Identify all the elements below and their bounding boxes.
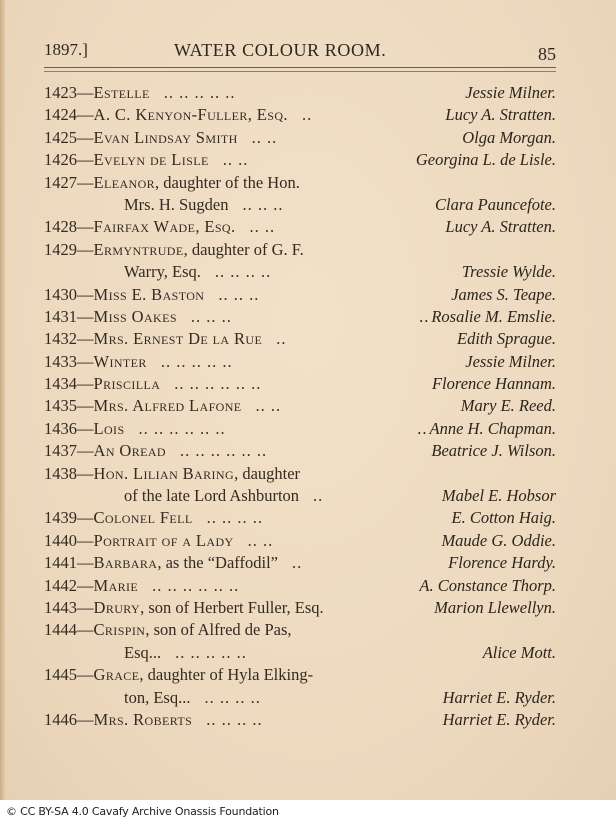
entry-title: Eleanor (94, 173, 156, 192)
dot-leader: .. (292, 553, 302, 572)
entry-number: 1432 (44, 328, 77, 350)
entry-number: 1440 (44, 530, 77, 552)
artist-text: Lucy A. Stratten. (445, 105, 556, 124)
entry-continuation: Warry, Esq. (124, 262, 201, 281)
catalogue-entry: 1427—Eleanor, daughter of the Hon.Mrs. H… (44, 172, 556, 217)
catalogue-entry: 1438—Hon. Lilian Baring, daughterof the … (44, 463, 556, 508)
artist-name: Clara Pauncefote. (435, 194, 556, 216)
artist-name: ..Anne H. Chapman. (417, 418, 556, 440)
artist-text: Florence Hardy. (448, 553, 556, 572)
entry-continuation-line: Esq..... .. .. .. ..Alice Mott. (44, 642, 556, 664)
entry-number: 1438 (44, 463, 77, 485)
artist-name: Olga Morgan. (462, 127, 556, 149)
em-dash: — (77, 352, 94, 371)
catalogue-entry: 1436—Lois.. .. .. .. .. ....Anne H. Chap… (44, 418, 556, 440)
entry-number: 1426 (44, 149, 77, 171)
entry-line: 1429—Ermyntrude, daughter of G. F. (44, 239, 556, 261)
entry-number: 1439 (44, 507, 77, 529)
entry-number: 1435 (44, 395, 77, 417)
catalogue-entry: 1435—Mrs. Alfred Lafone.. ..Mary E. Reed… (44, 395, 556, 417)
entry-description: , as the “Daffodil” (157, 553, 278, 572)
entry-line: 1434—Priscilla.. .. .. .. .. ..Florence … (44, 373, 556, 395)
entry-line: 1435—Mrs. Alfred Lafone.. ..Mary E. Reed… (44, 395, 556, 417)
artist-name: Lucy A. Stratten. (445, 216, 556, 238)
artist-name: E. Cotton Haig. (451, 507, 556, 529)
artist-name: Maude G. Oddie. (441, 530, 556, 552)
artist-name: Tressie Wylde. (462, 261, 556, 283)
artist-lead-dots: .. (417, 419, 427, 438)
catalogue-entry: 1446—Mrs. Roberts.. .. .. ..Harriet E. R… (44, 709, 556, 731)
entry-title: Marie (94, 576, 139, 595)
entry-number: 1446 (44, 709, 77, 731)
entry-number: 1444 (44, 619, 77, 641)
artist-name: Florence Hannam. (432, 373, 556, 395)
dot-leader: .. .. .. .. (206, 710, 262, 729)
dot-leader: .. .. (252, 128, 278, 147)
entry-title: Ermyntrude (94, 240, 184, 259)
entry-line: 1438—Hon. Lilian Baring, daughter (44, 463, 556, 485)
entry-number: 1445 (44, 664, 77, 686)
entry-title: Mrs. Alfred Lafone (94, 396, 242, 415)
header-rule-bottom (44, 71, 556, 72)
em-dash: — (77, 620, 94, 639)
dot-leader: .. .. .. .. .. .. (174, 374, 261, 393)
dot-leader: .. .. (250, 217, 276, 236)
entry-line: 1442—Marie.. .. .. .. .. ..A. Constance … (44, 575, 556, 597)
em-dash: — (77, 105, 94, 124)
em-dash: — (77, 508, 94, 527)
em-dash: — (77, 217, 94, 236)
artist-name: Marion Llewellyn. (434, 597, 556, 619)
em-dash: — (77, 665, 94, 684)
entry-title: Fairfax Wade, Esq. (94, 217, 236, 236)
artist-lead-dots: .. (419, 307, 429, 326)
dot-leader: .. .. .. .. .. (175, 643, 247, 662)
em-dash: — (77, 464, 94, 483)
entry-number: 1428 (44, 216, 77, 238)
header-rule-top (44, 67, 556, 68)
em-dash: — (77, 128, 94, 147)
em-dash: — (77, 396, 94, 415)
artist-text: Olga Morgan. (462, 128, 556, 147)
dot-leader: .. .. (223, 150, 249, 169)
catalogue-entry: 1425—Evan Lindsay Smith.. ..Olga Morgan. (44, 127, 556, 149)
em-dash: — (77, 83, 94, 102)
entry-line: 1443—Drury, son of Herbert Fuller, Esq.M… (44, 597, 556, 619)
artist-name: James S. Teape. (451, 284, 556, 306)
entry-description: , son of Alfred de Pas, (145, 620, 291, 639)
scanned-page: 1897.] WATER COLOUR ROOM. 85 1423—Estell… (0, 0, 616, 800)
em-dash: — (77, 285, 94, 304)
em-dash: — (77, 553, 94, 572)
entry-title: Crispin (94, 620, 146, 639)
artist-text: Harriet E. Ryder. (443, 710, 556, 729)
entry-number: 1442 (44, 575, 77, 597)
artist-text: Alice Mott. (483, 643, 556, 662)
entry-line: 1433—Winter.. .. .. .. ..Jessie Milner. (44, 351, 556, 373)
entry-number: 1423 (44, 82, 77, 104)
dot-leader: .. .. .. .. .. (164, 83, 236, 102)
artist-text: Florence Hannam. (432, 374, 556, 393)
entry-number: 1424 (44, 104, 77, 126)
artist-text: Jessie Milner. (465, 83, 556, 102)
catalogue-entry: 1434—Priscilla.. .. .. .. .. ..Florence … (44, 373, 556, 395)
artist-name: A. Constance Thorp. (419, 575, 556, 597)
entry-description: , daughter (234, 464, 300, 483)
entry-title: A. C. Kenyon-Fuller, Esq. (94, 105, 288, 124)
dot-leader: .. .. .. .. .. .. (152, 576, 239, 595)
copyright-credit: © CC BY-SA 4.0 Cavafy Archive Onassis Fo… (6, 805, 279, 818)
entry-line: 1446—Mrs. Roberts.. .. .. ..Harriet E. R… (44, 709, 556, 731)
entry-title: Mrs. Ernest De la Rue (94, 329, 263, 348)
em-dash: — (77, 173, 94, 192)
entry-number: 1437 (44, 440, 77, 462)
entry-number: 1431 (44, 306, 77, 328)
em-dash: — (77, 576, 94, 595)
em-dash: — (77, 441, 94, 460)
entry-number: 1436 (44, 418, 77, 440)
artist-text: Lucy A. Stratten. (445, 217, 556, 236)
artist-name: ..Rosalie M. Emslie. (419, 306, 556, 328)
catalogue-entry: 1441—Barbara, as the “Daffodil”..Florenc… (44, 552, 556, 574)
artist-text: E. Cotton Haig. (451, 508, 556, 527)
artist-text: Mary E. Reed. (461, 396, 556, 415)
entry-line: 1441—Barbara, as the “Daffodil”..Florenc… (44, 552, 556, 574)
dot-leader: .. .. .. .. (204, 688, 260, 707)
artist-name: Beatrice J. Wilson. (431, 440, 556, 462)
catalogue-entry: 1445—Grace, daughter of Hyla Elking-ton,… (44, 664, 556, 709)
dot-leader: .. (313, 486, 323, 505)
em-dash: — (77, 531, 94, 550)
catalogue-entry: 1429—Ermyntrude, daughter of G. F.Warry,… (44, 239, 556, 284)
page-number: 85 (538, 44, 556, 65)
entry-title: Priscilla (94, 374, 161, 393)
catalogue-entry: 1432—Mrs. Ernest De la Rue..Edith Spragu… (44, 328, 556, 350)
entry-continuation-line: of the late Lord Ashburton..Mabel E. Hob… (44, 485, 556, 507)
entry-line: 1436—Lois.. .. .. .. .. ....Anne H. Chap… (44, 418, 556, 440)
artist-text: Georgina L. de Lisle. (416, 150, 556, 169)
em-dash: — (77, 374, 94, 393)
em-dash: — (77, 710, 94, 729)
artist-name: Mary E. Reed. (461, 395, 556, 417)
catalogue-entries: 1423—Estelle.. .. .. .. ..Jessie Milner.… (44, 82, 556, 731)
artist-name: Georgina L. de Lisle. (416, 149, 556, 171)
catalogue-entry: 1442—Marie.. .. .. .. .. ..A. Constance … (44, 575, 556, 597)
dot-leader: .. .. .. (243, 195, 284, 214)
artist-text: Harriet E. Ryder. (443, 688, 556, 707)
entry-continuation-line: ton, Esq..... .. .. ..Harriet E. Ryder. (44, 687, 556, 709)
entry-title: Winter (94, 352, 147, 371)
entry-continuation: Mrs. H. Sugden (124, 195, 229, 214)
catalogue-entry: 1430—Miss E. Baston.. .. ..James S. Teap… (44, 284, 556, 306)
catalogue-entry: 1424—A. C. Kenyon-Fuller, Esq...Lucy A. … (44, 104, 556, 126)
em-dash: — (77, 150, 94, 169)
entry-line: 1424—A. C. Kenyon-Fuller, Esq...Lucy A. … (44, 104, 556, 126)
artist-name: Lucy A. Stratten. (445, 104, 556, 126)
entry-title: Barbara (94, 553, 158, 572)
artist-name: Mabel E. Hobsor (442, 485, 556, 507)
entry-title: Lois (94, 419, 125, 438)
catalogue-entry: 1440—Portrait of a Lady.. ..Maude G. Odd… (44, 530, 556, 552)
entry-line: 1430—Miss E. Baston.. .. ..James S. Teap… (44, 284, 556, 306)
catalogue-entry: 1439—Colonel Fell.. .. .. ..E. Cotton Ha… (44, 507, 556, 529)
catalogue-entry: 1423—Estelle.. .. .. .. ..Jessie Milner. (44, 82, 556, 104)
artist-name: Florence Hardy. (448, 552, 556, 574)
entry-title: Estelle (94, 83, 150, 102)
dot-leader: .. (276, 329, 286, 348)
artist-text: Beatrice J. Wilson. (431, 441, 556, 460)
entry-line: 1425—Evan Lindsay Smith.. ..Olga Morgan. (44, 127, 556, 149)
catalogue-entry: 1437—An Oread.. .. .. .. .. ..Beatrice J… (44, 440, 556, 462)
page-binding-edge (0, 0, 5, 800)
entry-title: Evelyn de Lisle (94, 150, 209, 169)
em-dash: — (77, 240, 94, 259)
artist-text: Tressie Wylde. (462, 262, 556, 281)
entry-number: 1429 (44, 239, 77, 261)
artist-text: Maude G. Oddie. (441, 531, 556, 550)
dot-leader: .. .. .. .. .. (161, 352, 233, 371)
dot-leader: .. .. .. .. (215, 262, 271, 281)
entry-title: Mrs. Roberts (94, 710, 193, 729)
catalogue-entry: 1428—Fairfax Wade, Esq... ..Lucy A. Stra… (44, 216, 556, 238)
artist-text: A. Constance Thorp. (419, 576, 556, 595)
entry-title: Hon. Lilian Baring (94, 464, 235, 483)
artist-text: Anne H. Chapman. (430, 419, 557, 438)
dot-leader: .. .. .. .. .. .. (139, 419, 226, 438)
entry-line: 1431—Miss Oakes.. .. ....Rosalie M. Emsl… (44, 306, 556, 328)
entry-description: , daughter of G. F. (184, 240, 304, 259)
entry-line: 1439—Colonel Fell.. .. .. ..E. Cotton Ha… (44, 507, 556, 529)
artist-text: Edith Sprague. (457, 329, 556, 348)
entry-line: 1444—Crispin, son of Alfred de Pas, (44, 619, 556, 641)
catalogue-entry: 1443—Drury, son of Herbert Fuller, Esq.M… (44, 597, 556, 619)
running-header: 1897.] WATER COLOUR ROOM. 85 (44, 36, 556, 66)
entry-title: An Oread (94, 441, 167, 460)
artist-name: Jessie Milner. (465, 82, 556, 104)
artist-name: Harriet E. Ryder. (443, 687, 556, 709)
catalogue-entry: 1431—Miss Oakes.. .. ....Rosalie M. Emsl… (44, 306, 556, 328)
catalogue-entry: 1426—Evelyn de Lisle.. ..Georgina L. de … (44, 149, 556, 171)
entry-continuation: Esq... (124, 643, 161, 662)
dot-leader: .. .. .. (191, 307, 232, 326)
entry-number: 1443 (44, 597, 77, 619)
entry-description: , son of Herbert Fuller, Esq. (140, 598, 324, 617)
entry-continuation: of the late Lord Ashburton (124, 486, 299, 505)
entry-number: 1441 (44, 552, 77, 574)
artist-text: Marion Llewellyn. (434, 598, 556, 617)
entry-line: 1423—Estelle.. .. .. .. ..Jessie Milner. (44, 82, 556, 104)
entry-title: Drury (94, 598, 141, 617)
entry-line: 1428—Fairfax Wade, Esq... ..Lucy A. Stra… (44, 216, 556, 238)
dot-leader: .. .. .. .. (207, 508, 263, 527)
entry-title: Portrait of a Lady (94, 531, 234, 550)
entry-description: , daughter of the Hon. (155, 173, 300, 192)
entry-title: Grace (94, 665, 140, 684)
catalogue-entry: 1444—Crispin, son of Alfred de Pas,Esq..… (44, 619, 556, 664)
entry-number: 1430 (44, 284, 77, 306)
artist-name: Alice Mott. (483, 642, 556, 664)
entry-line: 1426—Evelyn de Lisle.. ..Georgina L. de … (44, 149, 556, 171)
artist-text: James S. Teape. (451, 285, 556, 304)
entry-description: , daughter of Hyla Elking- (139, 665, 313, 684)
artist-text: Rosalie M. Emslie. (431, 307, 556, 326)
entry-title: Colonel Fell (94, 508, 193, 527)
artist-text: Jessie Milner. (465, 352, 556, 371)
entry-line: 1440—Portrait of a Lady.. ..Maude G. Odd… (44, 530, 556, 552)
em-dash: — (77, 419, 94, 438)
em-dash: — (77, 598, 94, 617)
dot-leader: .. .. .. .. .. .. (180, 441, 267, 460)
entry-continuation: ton, Esq... (124, 688, 190, 707)
catalogue-entry: 1433—Winter.. .. .. .. ..Jessie Milner. (44, 351, 556, 373)
artist-name: Edith Sprague. (457, 328, 556, 350)
dot-leader: .. .. (256, 396, 282, 415)
entry-number: 1425 (44, 127, 77, 149)
entry-continuation-line: Mrs. H. Sugden.. .. ..Clara Pauncefote. (44, 194, 556, 216)
entry-title: Evan Lindsay Smith (94, 128, 238, 147)
entry-title: Miss Oakes (94, 307, 177, 326)
entry-continuation-line: Warry, Esq... .. .. ..Tressie Wylde. (44, 261, 556, 283)
entry-title: Miss E. Baston (94, 285, 205, 304)
em-dash: — (77, 329, 94, 348)
entry-line: 1445—Grace, daughter of Hyla Elking- (44, 664, 556, 686)
dot-leader: .. (302, 105, 312, 124)
artist-text: Mabel E. Hobsor (442, 486, 556, 505)
entry-number: 1433 (44, 351, 77, 373)
entry-line: 1432—Mrs. Ernest De la Rue..Edith Spragu… (44, 328, 556, 350)
entry-number: 1434 (44, 373, 77, 395)
header-year: 1897.] (44, 40, 88, 60)
dot-leader: .. .. .. (218, 285, 259, 304)
artist-text: Clara Pauncefote. (435, 195, 556, 214)
artist-name: Jessie Milner. (465, 351, 556, 373)
entry-line: 1427—Eleanor, daughter of the Hon. (44, 172, 556, 194)
em-dash: — (77, 307, 94, 326)
artist-name: Harriet E. Ryder. (443, 709, 556, 731)
entry-number: 1427 (44, 172, 77, 194)
header-title: WATER COLOUR ROOM. (174, 40, 386, 61)
dot-leader: .. .. (248, 531, 274, 550)
entry-line: 1437—An Oread.. .. .. .. .. ..Beatrice J… (44, 440, 556, 462)
